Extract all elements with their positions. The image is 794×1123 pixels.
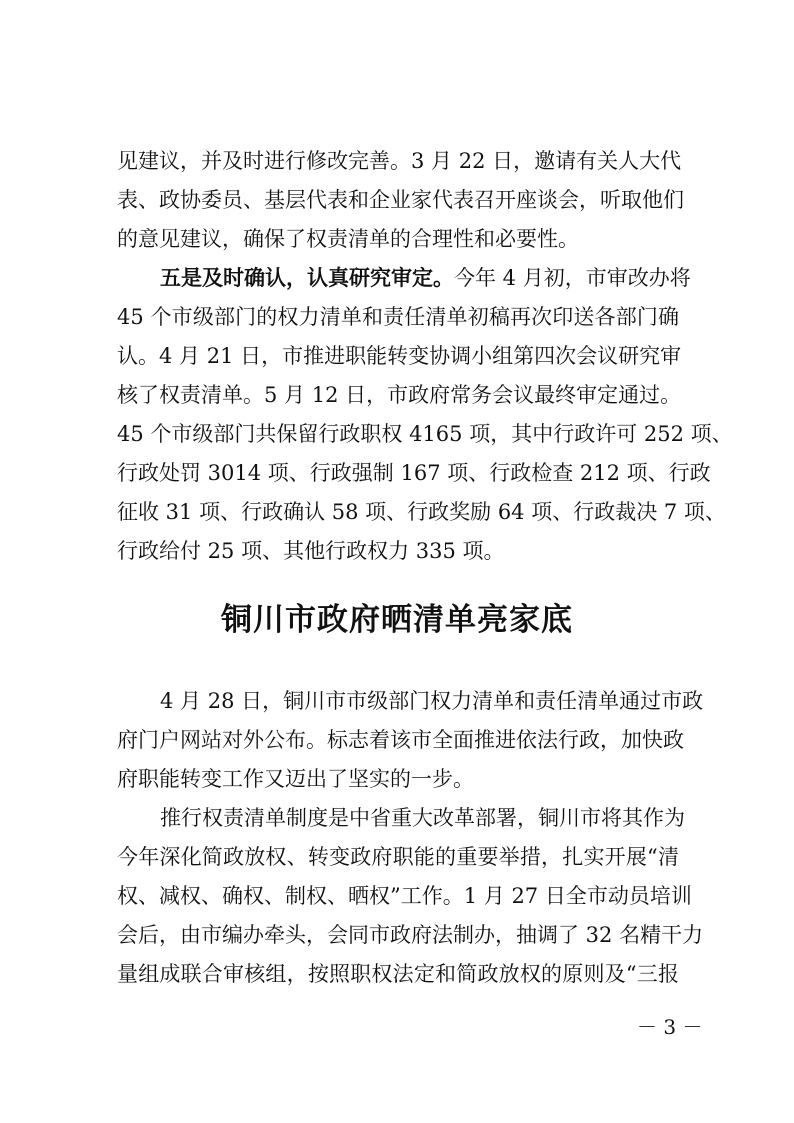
paragraph-line: 的意见建议，确保了权责清单的合理性和必要性。 — [117, 226, 679, 252]
paragraph-line: 会后，由市编办牵头，会同市政府法制办，抽调了 32 名精干力 — [117, 922, 679, 948]
paragraph-line: 表、政协委员、基层代表和企业家代表召开座谈会，听取他们 — [117, 187, 679, 213]
paragraph-line: 45 个市级部门的权力清单和责任清单初稿再次印送各部门确 — [117, 304, 679, 330]
paragraph-line: 府门户网站对外公布。标志着该市全面推进依法行政，加快政 — [117, 727, 679, 753]
paragraph-line: 权、减权、确权、制权、晒权”工作。1 月 27 日全市动员培训 — [117, 883, 679, 909]
bold-lead-text: 五是及时确认，认真研究审定。 — [160, 265, 454, 290]
paragraph-line: 45 个市级部门共保留行政职权 4165 项，其中行政许可 252 项、 — [117, 421, 679, 447]
paragraph-line: 府职能转变工作又迈出了坚实的一步。 — [117, 766, 679, 792]
paragraph-line: 4 月 28 日，铜川市市级部门权力清单和责任清单通过市政 — [160, 688, 679, 714]
paragraph-line: 行政处罚 3014 项、行政强制 167 项、行政检查 212 项、行政 — [117, 460, 679, 486]
paragraph-line: 核了权责清单。5 月 12 日，市政府常务会议最终审定通过。 — [117, 382, 679, 408]
paragraph-line: 征收 31 项、行政确认 58 项、行政奖励 64 项、行政裁决 7 项、 — [117, 499, 679, 525]
paragraph-line: 见建议，并及时进行修改完善。3 月 22 日，邀请有关人大代 — [117, 148, 679, 174]
document-page: 见建议，并及时进行修改完善。3 月 22 日，邀请有关人大代 表、政协委员、基层… — [0, 0, 794, 1123]
paragraph-line: 行政给付 25 项、其他行政权力 335 项。 — [117, 538, 679, 564]
article-title: 铜川市政府晒清单亮家底 — [0, 600, 794, 640]
paragraph-line: 推行权责清单制度是中省重大改革部署，铜川市将其作为 — [160, 805, 679, 831]
paragraph-line: 量组成联合审核组，按照职权法定和简政放权的原则及“三报 — [117, 961, 679, 987]
paragraph-line: 认。4 月 21 日，市推进职能转变协调小组第四次会议研究审 — [117, 343, 679, 369]
paragraph-text: 今年 4 月初，市审改办将 — [454, 266, 691, 290]
paragraph-line: 今年深化简政放权、转变政府职能的重要举措，扎实开展“清 — [117, 844, 679, 870]
page-number: － 3 － — [637, 1011, 702, 1040]
paragraph-line: 五是及时确认，认真研究审定。今年 4 月初，市审改办将 — [160, 265, 679, 291]
